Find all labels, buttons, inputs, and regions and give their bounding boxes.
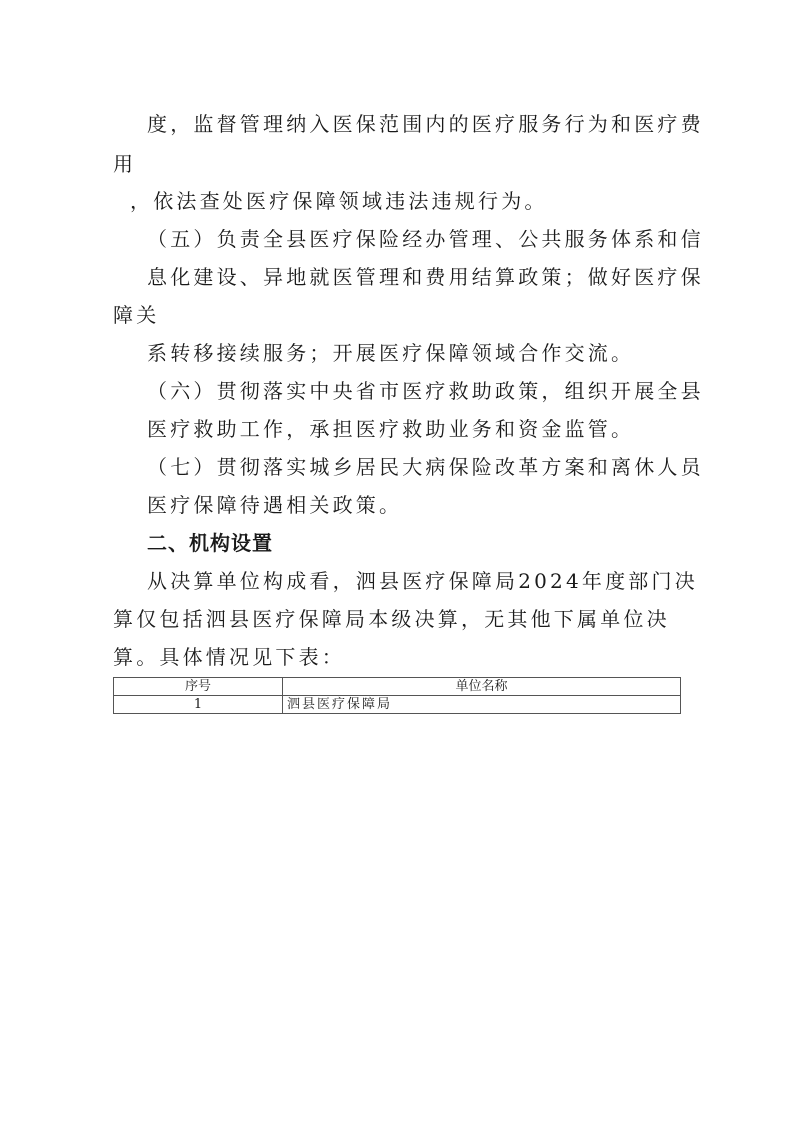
paragraph-line: 医疗救助工作，承担医疗救助业务和资金监管。 [147, 417, 634, 441]
paragraph-line: 用 [113, 152, 136, 176]
paragraph-line: 息化建设、异地就医管理和费用结算政策；做好医疗保 [147, 265, 704, 289]
paragraph-line: 度，监督管理纳入医保范围内的医疗服务行为和医疗费 [147, 112, 704, 136]
paragraph-line: 算仅包括泗县医疗保障局本级决算，无其他下属单位决 [113, 607, 670, 631]
paragraph-line: ，依法查处医疗保障领域违法违规行为。 [130, 189, 548, 213]
section-heading: 二、机构设置 [147, 531, 273, 555]
table-row: 1 泗县医疗保障局 [114, 696, 681, 714]
paragraph-line: 系转移接续服务；开展医疗保障领域合作交流。 [147, 341, 634, 365]
cell-unit-name: 泗县医疗保障局 [283, 696, 681, 714]
paragraph-line: 算。具体情况见下表： [113, 645, 345, 669]
header-index: 序号 [114, 678, 283, 696]
paragraph-line: 障关 [113, 303, 159, 327]
paragraph-line: （七）贯彻落实城乡居民大病保险改革方案和离休人员 [147, 455, 704, 479]
cell-index: 1 [114, 696, 283, 714]
header-unit-name: 单位名称 [283, 678, 681, 696]
unit-table: 序号 单位名称 1 泗县医疗保障局 [113, 677, 681, 714]
table-header-row: 序号 单位名称 [114, 678, 681, 696]
paragraph-line: （六）贯彻落实中央省市医疗救助政策，组织开展全县 [147, 379, 704, 403]
paragraph-line: 医疗保障待遇相关政策。 [147, 493, 402, 517]
paragraph-line: 从决算单位构成看，泗县医疗保障局2024年度部门决 [147, 569, 698, 593]
paragraph-line: （五）负责全县医疗保险经办管理、公共服务体系和信 [147, 227, 704, 251]
